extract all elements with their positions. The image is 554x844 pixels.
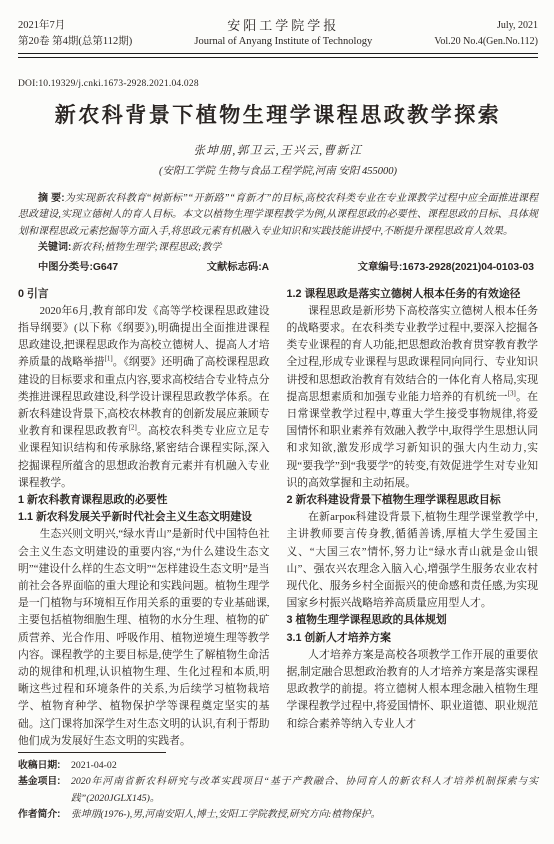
paragraph-lideshuren: 课程思政是新形势下高校落实立德树人根本任务的战略要求。在农科类专业教学过程中,要…	[287, 303, 539, 492]
article-body: 0 引言 2020年6月,教育部印发《高等学校课程思政建设指导纲要》(以下称《纲…	[18, 286, 538, 750]
citation-ref-3: [3]	[508, 389, 516, 397]
section-heading-1: 1 新农科教育课程思政的必要性	[18, 492, 270, 509]
doi: DOI:10.19329/j.cnki.1673-2928.2021.04.02…	[18, 79, 538, 89]
right-column: 1.2 课程思政是落实立德树人根本任务的有效途径 课程思政是新形势下高校落实立德…	[287, 286, 539, 750]
paragraph-goals: 在新агрок科建设背景下,植物生理学课堂教学中,主讲教师要言传身教,循循善诱,…	[287, 509, 539, 612]
issue-date-en: July, 2021	[434, 18, 538, 34]
citation-ref-1: [1]	[105, 355, 113, 363]
article-meta: 中图分类号:G647 文献标志码:A 文章编号:1673-2928(2021)0…	[18, 260, 538, 277]
journal-page: 2021年7月 第20卷 第4期(总第112期) 安阳工学院学报 Journal…	[0, 0, 554, 844]
section-heading-1-2: 1.2 课程思政是落实立德树人根本任务的有效途径	[287, 286, 539, 303]
document-code: 文献标志码:A	[207, 260, 269, 277]
section-heading-0: 0 引言	[18, 286, 270, 303]
affiliation: (安阳工学院 生物与食品工程学院,河南 安阳 455000)	[18, 163, 538, 178]
abstract-text: 为实现新农科教育“树新标”“开新路”“育新才”的目标,高校农科类专业在专业课教学…	[18, 193, 538, 237]
citation-ref-2: [2]	[129, 424, 137, 432]
section-heading-1-1: 1.1 新农科发展关乎新时代社会主义生态文明建设	[18, 509, 270, 526]
paragraph-training-plan: 人才培养方案是高校各项教学工作开展的重要依据,制定融合思想政治教育的人才培养方案…	[287, 647, 539, 733]
keywords-label: 关键词:	[38, 242, 71, 253]
section-heading-2: 2 新农科建设背景下植物生理学课程思政目标	[287, 492, 539, 509]
paragraph-intro: 2020年6月,教育部印发《高等学校课程思政建设指导纲要》(以下称《纲要》),明…	[18, 303, 270, 492]
issue-date-cn: 2021年7月	[18, 18, 132, 34]
footnote-author-bio: 作者简介:张坤朋(1976-),男,河南安阳人,博士,安阳工学院教授,研究方向:…	[18, 807, 538, 824]
footnote: 收稿日期:2021-04-02 基金项目:2020年河南省新农科研究与改革实践项…	[18, 752, 538, 824]
masthead-divider	[18, 53, 538, 58]
left-column: 0 引言 2020年6月,教育部印发《高等学校课程思政建设指导纲要》(以下称《纲…	[18, 286, 270, 750]
masthead-center: 安阳工学院学报 Journal of Anyang Institute of T…	[194, 18, 372, 50]
paragraph-ecology: 生态兴则文明兴,“绿水青山”是新时代中国特色社会主义生态文明建设的重要内容,“为…	[18, 526, 270, 750]
keywords: 关键词:新农科;植物生理学;课程思政;教学	[18, 240, 538, 257]
issue-volume-en: Vol.20 No.4(Gen.No.112)	[434, 34, 538, 50]
masthead-left: 2021年7月 第20卷 第4期(总第112期)	[18, 18, 132, 50]
issue-volume-cn: 第20卷 第4期(总第112期)	[18, 34, 132, 50]
abstract-label: 摘 要:	[38, 193, 65, 204]
authors: 张坤朋,郭卫云,王兴云,曹新江	[18, 142, 538, 158]
footnote-fund: 基金项目:2020年河南省新农科研究与改革实践项目“基于产教融合、协同育人的新农…	[18, 774, 538, 807]
footnote-divider	[18, 752, 166, 753]
masthead-right: July, 2021 Vol.20 No.4(Gen.No.112)	[434, 18, 538, 50]
section-heading-3-1: 3.1 创新人才培养方案	[287, 630, 539, 647]
keywords-text: 新农科;植物生理学;课程思政;教学	[71, 242, 221, 253]
journal-title-en: Journal of Anyang Institute of Technolog…	[194, 34, 372, 50]
paper-title: 新农科背景下植物生理学课程思政教学探索	[18, 102, 538, 128]
article-number: 文章编号:1673-2928(2021)04-0103-03	[358, 260, 534, 277]
section-heading-3: 3 植物生理学课程思政的具体规划	[287, 612, 539, 629]
clc-number: 中图分类号:G647	[38, 260, 118, 277]
journal-masthead: 2021年7月 第20卷 第4期(总第112期) 安阳工学院学报 Journal…	[18, 18, 538, 50]
abstract: 摘 要:为实现新农科教育“树新标”“开新路”“育新才”的目标,高校农科类专业在专…	[18, 191, 538, 241]
journal-title-cn: 安阳工学院学报	[194, 18, 372, 34]
footnote-received: 收稿日期:2021-04-02	[18, 758, 538, 775]
